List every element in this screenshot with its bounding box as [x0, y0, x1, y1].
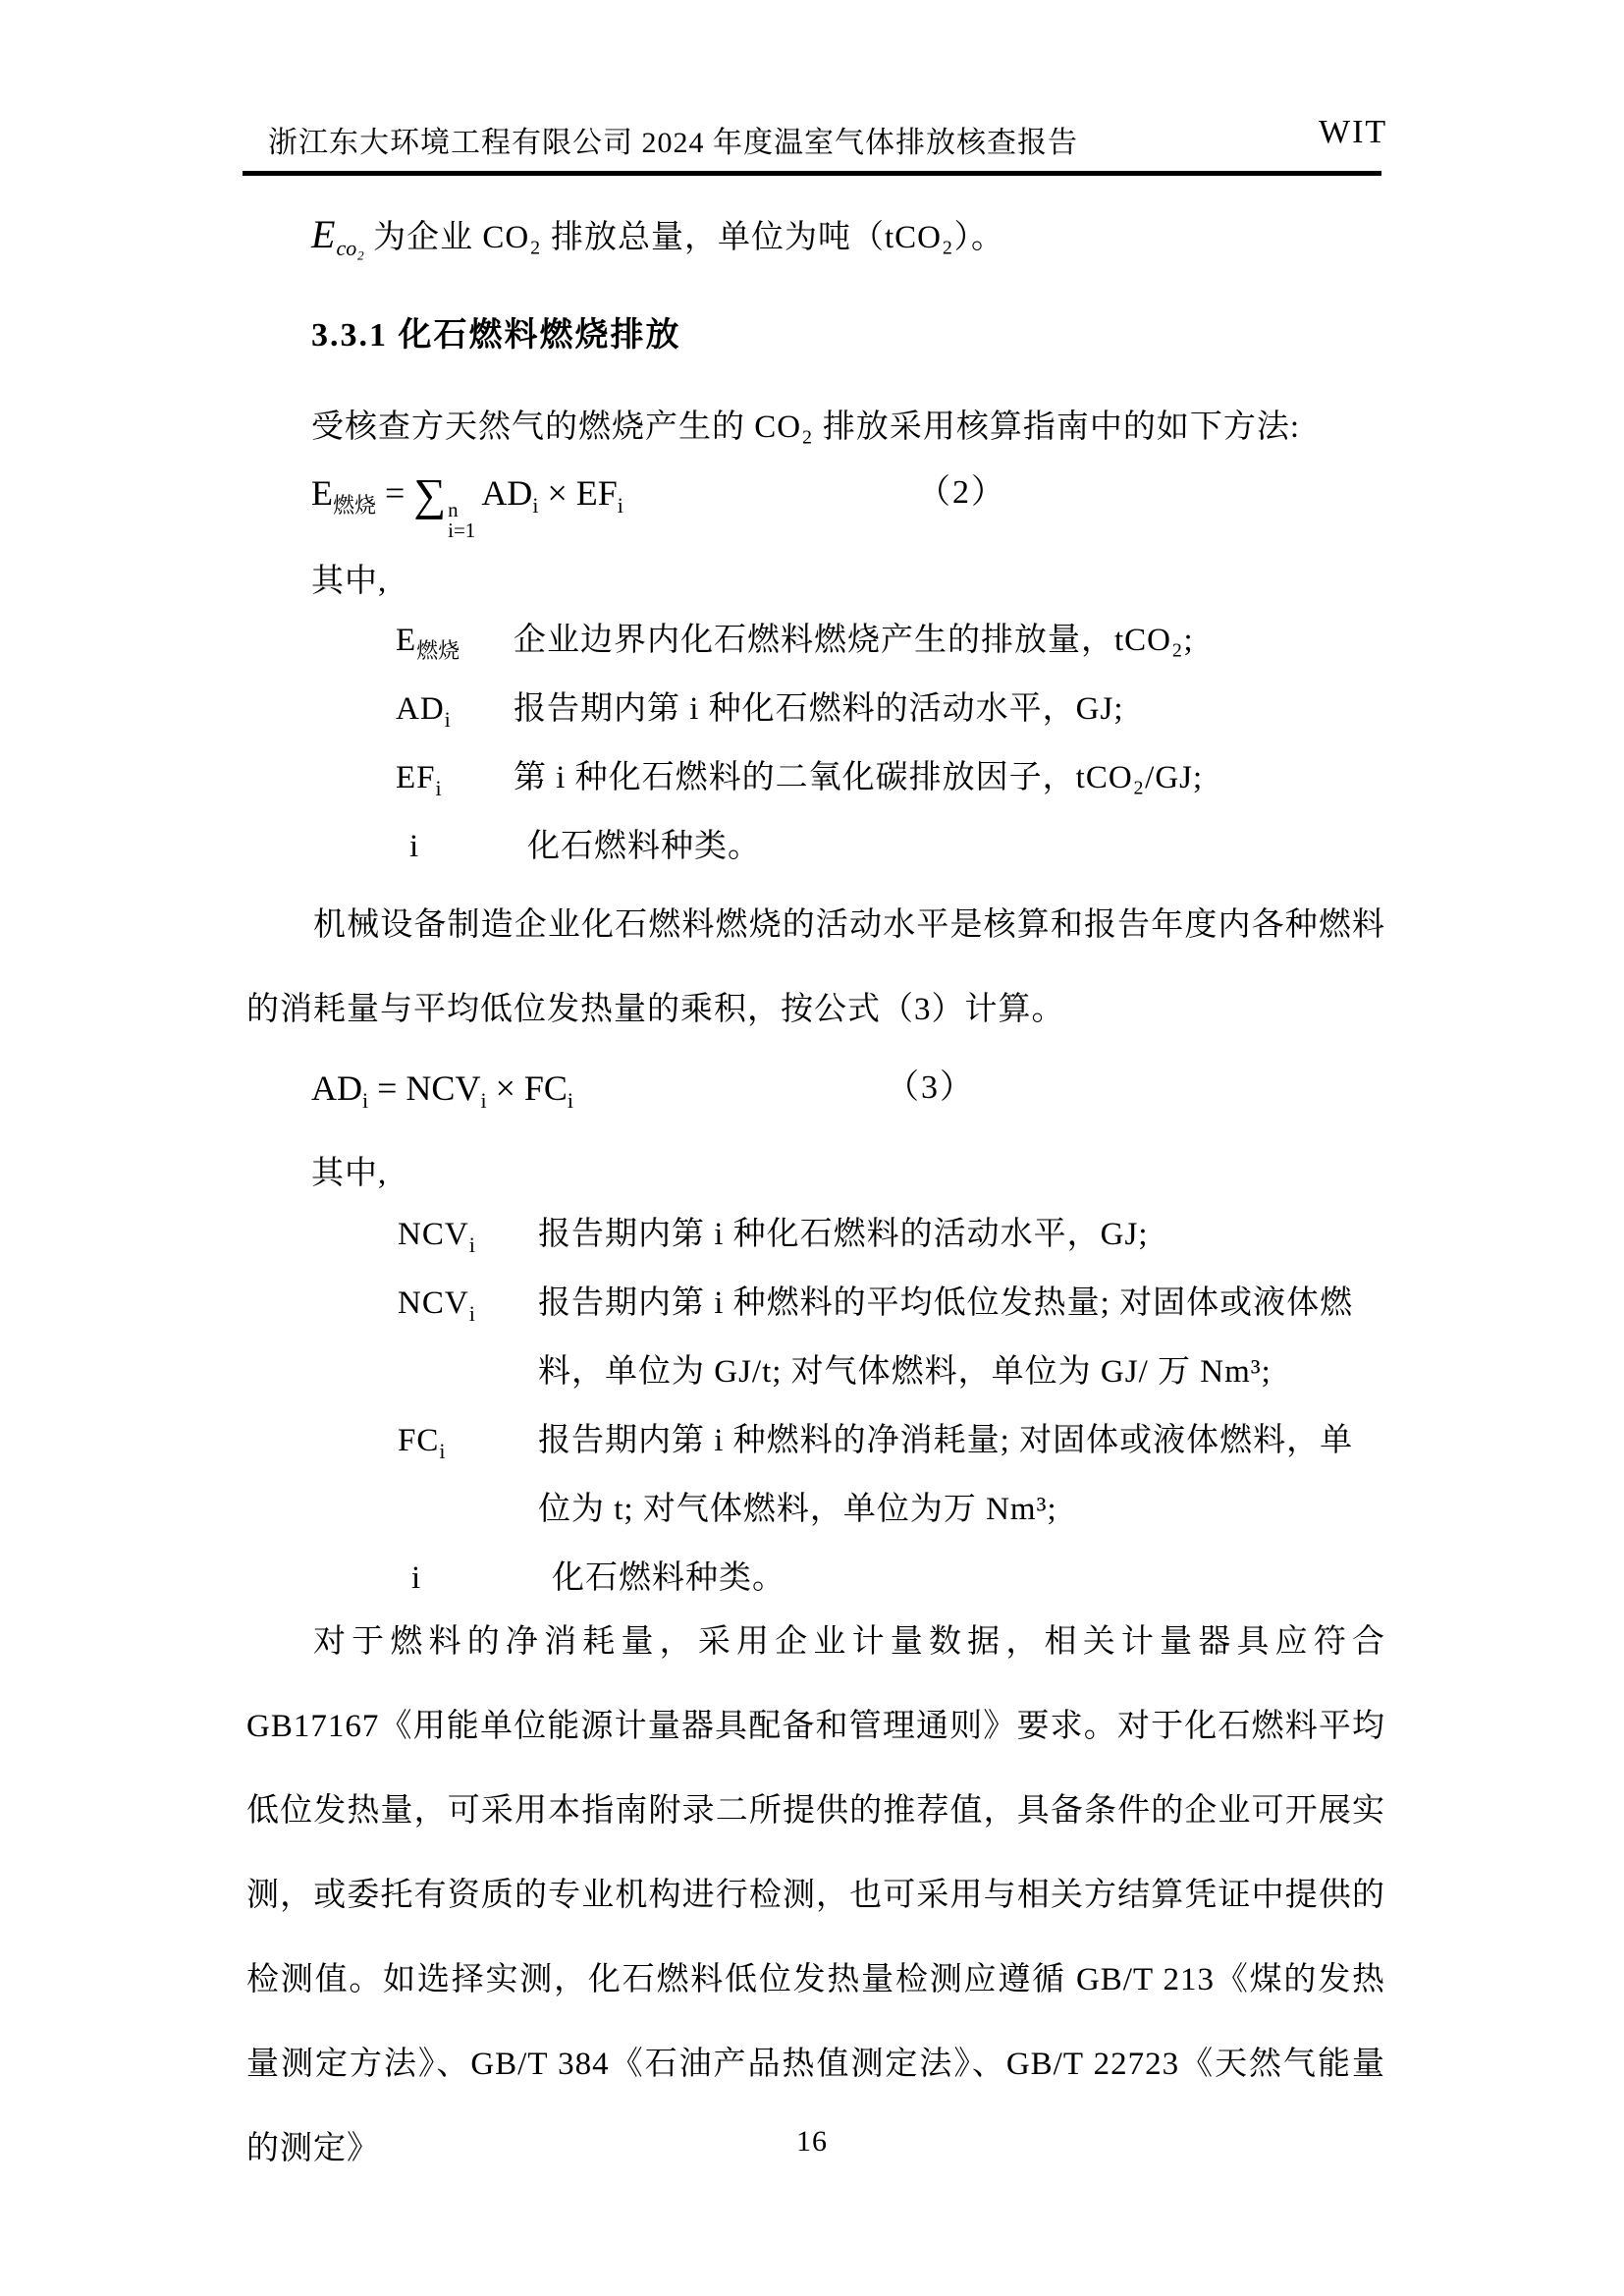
definition-term: FCi	[398, 1406, 538, 1475]
header-logo: WIT	[1319, 114, 1387, 151]
document-page: 浙江东大环境工程有限公司 2024 年度温室气体排放核查报告 WIT Eco₂ …	[0, 0, 1624, 2296]
page-number: 16	[0, 2125, 1624, 2159]
definition-desc: 化石燃料种类。	[527, 812, 1385, 881]
formula-3: ADi = NCVi × FCi （3）	[246, 1059, 1385, 1118]
definition-row: NCVi 报告期内第 i 种化石燃料的活动水平，GJ;	[246, 1200, 1385, 1269]
definition-list-2: NCVi 报告期内第 i 种化石燃料的活动水平，GJ; NCVi 报告期内第 i…	[246, 1200, 1385, 1613]
definition-desc: 报告期内第 i 种化石燃料的活动水平，GJ;	[514, 675, 1385, 743]
formula-2-expression: E燃烧 = ∑ni=1ADi × EFi	[246, 473, 623, 513]
paragraph-activity-level: 机械设备制造企业化石燃料燃烧的活动水平是核算和报告年度内各种燃料的消耗量与平均低…	[246, 883, 1385, 1052]
definition-term: NCVi	[398, 1200, 538, 1269]
definition-row: E燃烧 企业边界内化石燃料燃烧产生的排放量，tCO₂;	[246, 606, 1385, 675]
definition-row: FCi 报告期内第 i 种燃料的净消耗量; 对固体或液体燃料，单位为 t; 对气…	[246, 1406, 1385, 1544]
definition-row: NCVi 报告期内第 i 种燃料的平均低位发热量; 对固体或液体燃料，单位为 G…	[246, 1269, 1385, 1406]
where-label-2: 其中,	[246, 1144, 1450, 1203]
definition-row: i 化石燃料种类。	[246, 812, 1385, 881]
formula-2: E燃烧 = ∑ni=1ADi × EFi （2）	[246, 464, 1385, 541]
definition-desc: 企业边界内化石燃料燃烧产生的排放量，tCO₂;	[514, 606, 1385, 675]
formula-3-expression: ADi = NCVi × FCi	[246, 1068, 573, 1108]
definition-desc: 报告期内第 i 种化石燃料的活动水平，GJ;	[538, 1200, 1385, 1269]
definition-row: ADi 报告期内第 i 种化石燃料的活动水平，GJ;	[246, 675, 1385, 743]
definition-term: EFi	[396, 743, 514, 812]
definition-term: E燃烧	[396, 606, 514, 675]
where-label-1: 其中,	[246, 552, 1450, 611]
definition-row: EFi 第 i 种化石燃料的二氧化碳排放因子，tCO₂/GJ;	[246, 743, 1385, 812]
definition-term: ADi	[396, 675, 514, 743]
definition-term: i	[396, 812, 527, 881]
paragraph-net-consumption: 对于燃料的净消耗量，采用企业计量数据，相关计量器具应符合 GB17167《用能单…	[246, 1600, 1385, 2191]
definition-desc: 第 i 种化石燃料的二氧化碳排放因子，tCO₂/GJ;	[514, 743, 1385, 812]
formula-2-number: （2）	[917, 464, 1006, 522]
header-title: 浙江东大环境工程有限公司 2024 年度温室气体排放核查报告	[268, 118, 1078, 161]
paragraph-total-emission: Eco₂ 为企业 CO₂ 排放总量，单位为吨（tCO₂）。	[246, 205, 1450, 267]
definition-list-1: E燃烧 企业边界内化石燃料燃烧产生的排放量，tCO₂; ADi 报告期内第 i …	[246, 606, 1385, 881]
definition-desc: 报告期内第 i 种燃料的平均低位发热量; 对固体或液体燃料，单位为 GJ/t; …	[538, 1269, 1385, 1406]
paragraph-method-intro: 受核查方天然气的燃烧产生的 CO₂ 排放采用核算指南中的如下方法:	[246, 398, 1450, 457]
section-heading: 3.3.1 化石燃料燃烧排放	[246, 306, 1450, 365]
header-rule	[243, 171, 1381, 176]
formula-3-number: （3）	[886, 1059, 975, 1118]
definition-term: NCVi	[398, 1269, 538, 1338]
definition-desc: 报告期内第 i 种燃料的净消耗量; 对固体或液体燃料，单位为 t; 对气体燃料，…	[538, 1406, 1385, 1544]
